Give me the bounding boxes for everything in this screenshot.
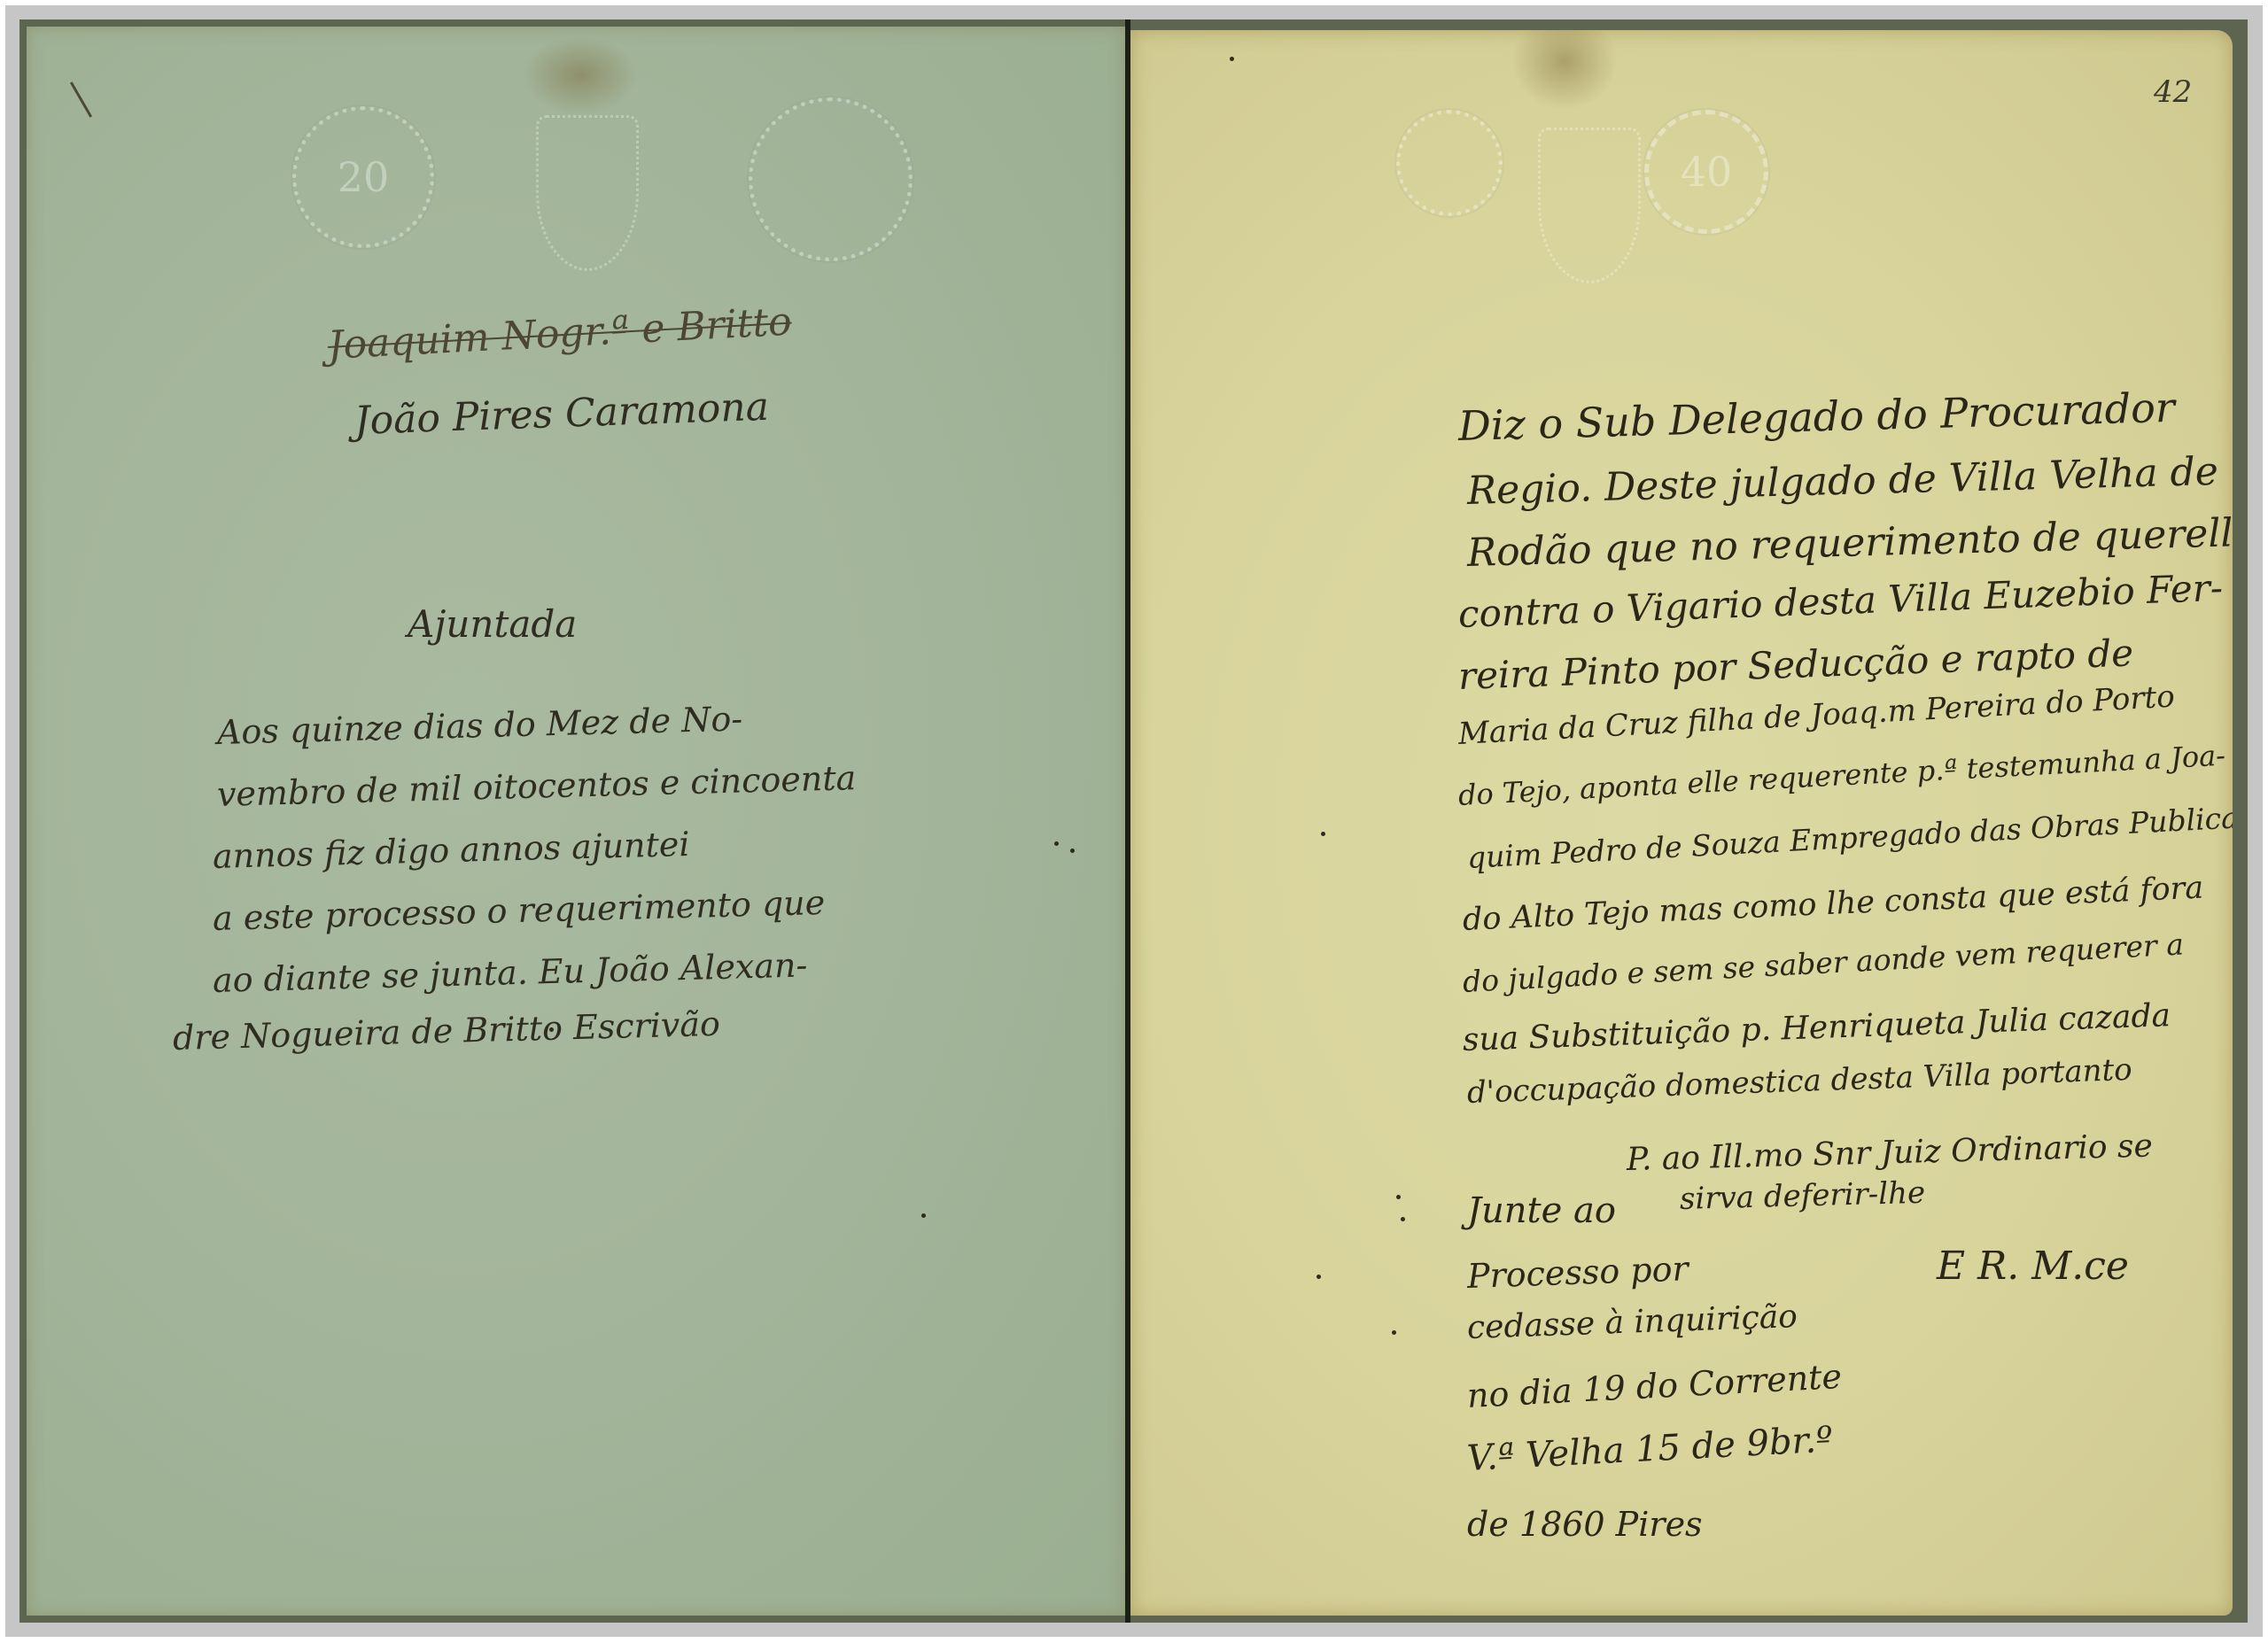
ink-speck xyxy=(1401,1217,1405,1221)
dispatch-line-2: Processo por xyxy=(1466,1249,1689,1296)
struck-signature: Joaquim Nogr.ª e Britto xyxy=(327,299,793,368)
ink-speck xyxy=(549,1027,554,1032)
ink-speck xyxy=(1392,1330,1396,1335)
petition-line-2: Regio. Deste julgado de Villa Velha de xyxy=(1466,449,2218,514)
ink-speck xyxy=(921,1213,926,1218)
ink-mark xyxy=(70,81,92,117)
folio-number: 42 xyxy=(2154,74,2192,110)
embossed-stamp-blank xyxy=(749,97,913,261)
petition-line-12: d'occupação domestica desta Villa portan… xyxy=(1466,1052,2132,1111)
embossed-stamp-blank xyxy=(1396,110,1503,216)
dispatch-line-4: no dia 19 do Corrente xyxy=(1466,1357,1843,1415)
petition-line-9: do Alto Tejo mas como lhe consta que est… xyxy=(1462,871,2204,938)
ink-speck xyxy=(1230,57,1234,61)
body-line-1: Aos quinze dias do Mez de No- xyxy=(216,699,742,752)
right-page: 42 40 Diz o Sub Delegado do Procurador R… xyxy=(1130,30,2233,1616)
stain xyxy=(1511,30,1618,110)
embossed-stamp-20: 20 xyxy=(292,106,434,248)
ink-speck xyxy=(1317,1275,1321,1279)
dispatch-line-1: Junte ao xyxy=(1467,1190,1616,1231)
petition-line-11: sua Substituição p. Henriqueta Julia caz… xyxy=(1462,997,2171,1058)
dispatch-line-6: de 1860 Pires xyxy=(1467,1505,1703,1544)
petition-line-7: do Tejo, aponta elle requerente p.ª test… xyxy=(1457,739,2226,812)
closing-line-2: sirva deferir-lhe xyxy=(1679,1175,1925,1217)
heading-ajuntada: Ajuntada xyxy=(408,602,577,646)
embossed-coat-of-arms-stamp xyxy=(536,115,639,271)
petition-line-3: Rodão que no requerimento de querella xyxy=(1466,510,2233,576)
formula-erm: E R. M.ce xyxy=(1937,1244,2129,1289)
ink-speck xyxy=(1070,849,1075,853)
petition-line-4: contra o Vigario desta Villa Euzebio Fer… xyxy=(1457,566,2224,636)
closing-line: P. ao Ill.mo Snr Juiz Ordinario se xyxy=(1626,1128,2153,1178)
ink-speck xyxy=(1054,841,1059,846)
body-line-6: dre Nogueira de Britto Escrivão xyxy=(172,1004,720,1058)
body-line-4: a este processo o requerimento que xyxy=(212,883,825,938)
dispatch-line-5: V.ª Velha 15 de 9br.º xyxy=(1466,1419,1834,1479)
body-line-3: annos fiz digo annos ajuntei xyxy=(212,825,690,876)
signature-joao-pires: João Pires Caramona xyxy=(353,384,770,444)
petition-line-10: do julgado e sem se saber aonde vem requ… xyxy=(1462,926,2185,999)
stain xyxy=(523,35,638,115)
dispatch-line-3: cedasse à inquirição xyxy=(1466,1298,1798,1346)
ink-speck xyxy=(1321,832,1325,836)
petition-line-1: Diz o Sub Delegado do Procurador xyxy=(1457,384,2175,450)
embossed-stamp-40: 40 xyxy=(1644,110,1768,234)
petition-line-8: quim Pedro de Souza Empregado das Obras … xyxy=(1466,800,2233,875)
left-page: 20 Joaquim Nogr.ª e Britto João Pires Ca… xyxy=(27,27,1125,1616)
body-line-5: ao diante se junta. Eu João Alexan- xyxy=(212,945,807,1000)
body-line-2: vembro de mil oitocentos e cincoenta xyxy=(216,758,856,814)
embossed-coat-of-arms-stamp xyxy=(1538,128,1641,283)
ink-speck xyxy=(1396,1195,1401,1199)
